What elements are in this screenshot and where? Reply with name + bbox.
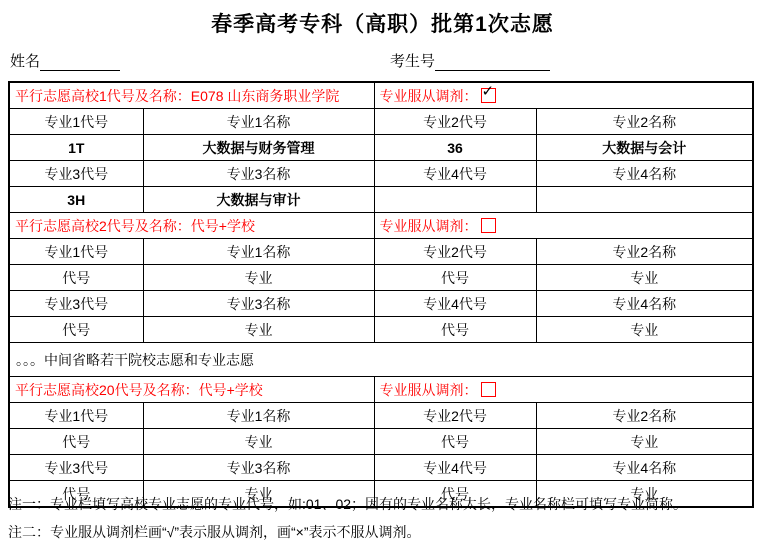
table-cell: 大数据与会计 [536,135,753,161]
table-cell: 专业4代号 [374,291,536,317]
ellipsis-cell: 。。。中间省略若干院校志愿和专业志愿 [9,343,753,377]
adjust-checkbox-1-checked[interactable]: ✓ [481,88,496,103]
table-cell: 1T [9,135,143,161]
school-1-adjust-cell: 专业服从调剂：✓ [374,82,753,109]
table-cell: 专业2代号 [374,109,536,135]
table-cell: 代号 [9,317,143,343]
name-label: 姓名 [10,53,40,70]
table-row: 代号 专业 代号 专业 [9,429,753,455]
table-cell: 专业1名称 [143,239,374,265]
table-cell: 代号 [374,429,536,455]
candidate-no-field: 考生号 [390,50,550,71]
adjust-checkbox-20-unchecked[interactable] [481,382,496,397]
table-row: 专业1代号 专业1名称 专业2代号 专业2名称 [9,109,753,135]
header-fields: 姓名 考生号 [0,50,765,74]
name-field: 姓名 [10,50,120,71]
table-cell: 专业1代号 [9,403,143,429]
table-cell: 专业3名称 [143,291,374,317]
table-cell: 专业2代号 [374,239,536,265]
candidate-no-label: 考生号 [390,53,435,70]
table-row: 专业1代号 专业1名称 专业2代号 专业2名称 [9,403,753,429]
table-cell: 专业3代号 [9,291,143,317]
table-cell: 专业3名称 [143,161,374,187]
ellipsis-row: 。。。中间省略若干院校志愿和专业志愿 [9,343,753,377]
school-2-header-cell: 平行志愿高校2代号及名称：代号+学校 [9,213,374,239]
table-row: 3H 大数据与审计 [9,187,753,213]
table-cell: 大数据与财务管理 [143,135,374,161]
table-cell: 专业4名称 [536,455,753,481]
table-row: 代号 专业 代号 专业 [9,265,753,291]
school-20-header-row: 平行志愿高校20代号及名称：代号+学校 专业服从调剂： [9,377,753,403]
table-cell: 专业 [143,429,374,455]
table-cell: 专业3代号 [9,455,143,481]
volunteer-table: 平行志愿高校1代号及名称：E078 山东商务职业学院 专业服从调剂：✓ 专业1代… [8,81,754,508]
footnote-1: 注一：专业栏填写高校专业志愿的专业代号，如:01、02；因有的专业名称太长，专业… [8,494,687,514]
table-cell: 专业 [536,265,753,291]
table-cell: 专业 [143,265,374,291]
form-page: 春季高考专科（高职）批第1次志愿 姓名 考生号 平行志愿高校1代号及名称：E07… [0,0,765,556]
table-cell: 专业2名称 [536,403,753,429]
name-input-blank[interactable] [40,55,120,71]
table-row: 1T 大数据与财务管理 36 大数据与会计 [9,135,753,161]
table-cell: 大数据与审计 [143,187,374,213]
table-cell: 专业3名称 [143,455,374,481]
table-cell: 专业4代号 [374,455,536,481]
table-cell: 专业1代号 [9,109,143,135]
table-row: 专业3代号 专业3名称 专业4代号 专业4名称 [9,291,753,317]
table-cell [374,187,536,213]
table-cell: 专业4名称 [536,291,753,317]
table-cell: 代号 [374,317,536,343]
table-cell: 专业1代号 [9,239,143,265]
table-cell: 专业4代号 [374,161,536,187]
table-row: 专业1代号 专业1名称 专业2代号 专业2名称 [9,239,753,265]
table-row: 代号 专业 代号 专业 [9,317,753,343]
table-cell: 专业 [143,317,374,343]
table-cell: 专业3代号 [9,161,143,187]
check-icon: ✓ [482,84,495,99]
table-cell: 专业 [536,317,753,343]
table-row: 专业3代号 专业3名称 专业4代号 专业4名称 [9,455,753,481]
table-cell: 专业2名称 [536,109,753,135]
adjust-label-20: 专业服从调剂： [380,382,478,398]
table-cell: 3H [9,187,143,213]
table-cell: 36 [374,135,536,161]
table-cell: 代号 [374,265,536,291]
table-cell: 专业2名称 [536,239,753,265]
table-cell: 专业4名称 [536,161,753,187]
table-cell: 代号 [9,265,143,291]
school-20-header-cell: 平行志愿高校20代号及名称：代号+学校 [9,377,374,403]
page-title: 春季高考专科（高职）批第1次志愿 [0,8,765,38]
school-1-header-row: 平行志愿高校1代号及名称：E078 山东商务职业学院 专业服从调剂：✓ [9,82,753,109]
table-cell: 专业1名称 [143,403,374,429]
table-cell: 代号 [9,429,143,455]
adjust-label-1: 专业服从调剂： [380,88,478,104]
footnote-2: 注二：专业服从调剂栏画“√”表示服从调剂，画“×”表示不服从调剂。 [8,522,421,542]
school-20-adjust-cell: 专业服从调剂： [374,377,753,403]
school-1-header-cell: 平行志愿高校1代号及名称：E078 山东商务职业学院 [9,82,374,109]
table-cell: 专业 [536,429,753,455]
table-row: 专业3代号 专业3名称 专业4代号 专业4名称 [9,161,753,187]
school-2-adjust-cell: 专业服从调剂： [374,213,753,239]
table-cell: 专业1名称 [143,109,374,135]
adjust-label-2: 专业服从调剂： [380,218,478,234]
candidate-no-input-blank[interactable] [435,55,550,71]
table-cell: 专业2代号 [374,403,536,429]
table-cell [536,187,753,213]
adjust-checkbox-2-unchecked[interactable] [481,218,496,233]
school-2-header-row: 平行志愿高校2代号及名称：代号+学校 专业服从调剂： [9,213,753,239]
